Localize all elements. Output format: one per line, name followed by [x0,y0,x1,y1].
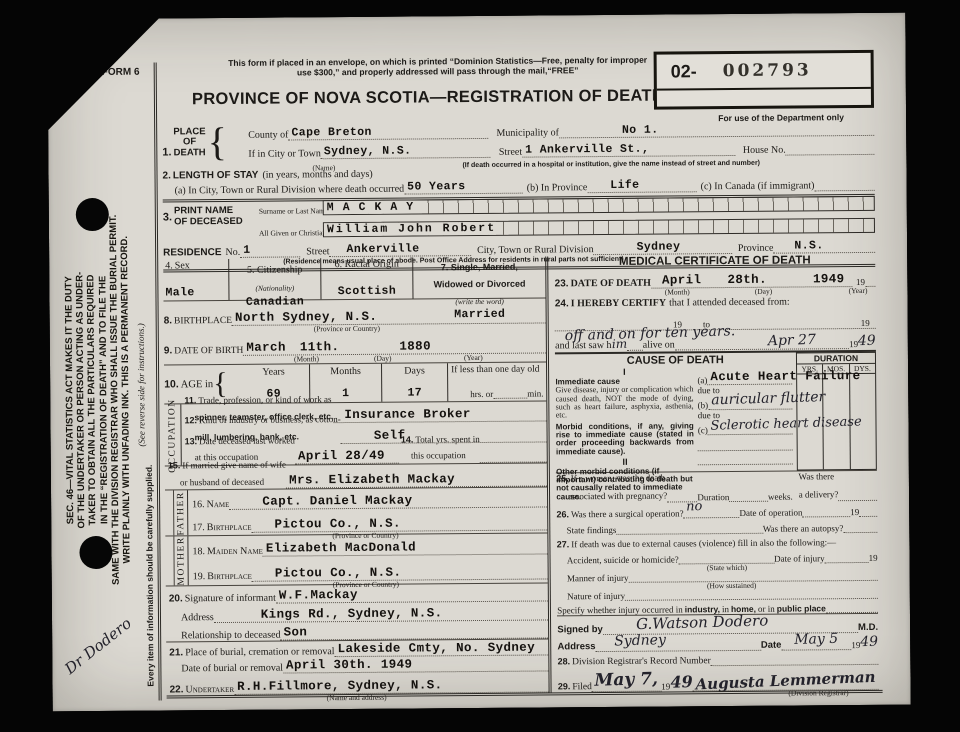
cod-a-value: Acute Heart Failure [710,369,860,384]
operation-19: 19 [850,507,859,517]
racial-label-row: 6. Racial Origin [335,259,399,271]
mother-maiden-value: Elizabeth MacDonald [266,541,416,556]
residence-city-value: Sydney [637,240,681,253]
residence-province-value: N.S. [794,239,823,252]
row-4-7: 4.Sex Male 5. Citizenship (Nationality) … [163,256,546,301]
delivery-labels: Was there a delivery? [798,466,838,501]
father-name-field: Capt. Daniel Mackay [229,493,547,510]
date-of-death-label: DATE OF DEATH [571,278,651,290]
name-block: 3. PRINT NAME OF DECEASED Surname or Las… [163,191,875,239]
side-supplied-note: Every item of information should be care… [142,247,155,687]
alive-date-hand: Apr 27 [767,331,815,348]
row-date-of-birth: 9.Date of Birth March 11th. 1880 (Month)… [164,329,546,357]
county-field: Cape Breton [288,125,488,141]
father-birthplace-label: Birthplace [207,522,252,533]
informant-address-value: Kings Rd., Sydney, N.S. [261,606,443,621]
industry-value: Self [374,428,406,442]
cell-marital: 7. Single, Married, Widowed or Divorced … [413,256,546,298]
street-field: 1 Ankerville St., [522,142,735,158]
right-column: MEDICAL CERTIFICATE OF DEATH 23.DATE OF … [545,254,878,693]
father-birthplace-field: Pictou Co., N.S. [251,515,547,532]
racial-origin-label: Racial Origin [345,259,399,270]
filed-19: 19 [661,682,670,692]
age-days-value: 17 [407,387,422,400]
surname-value: MACKAY [324,200,423,214]
row-17: 17.Birthplace Pictou Co., N.S. (Province… [192,512,547,533]
signed-address-field: Sydney [595,634,760,652]
mother-maiden-field: Elizabeth MacDonald [263,540,548,557]
row-22: 22.Undertaker R.H.Fillmore, Sydney, N.S.… [166,672,548,696]
stay-a-field: 50 Years [404,180,523,195]
item2-paren: (in years, months and days) [262,169,372,181]
nature-label: Nature of injury [567,591,625,601]
operation-date-label: Date of operation [740,508,803,518]
cod-c-label: (c) [698,426,708,436]
row-27: 27.If death was due to external causes (… [557,533,878,616]
city-field: Sydney, N.S. [321,144,491,159]
item18-number: 18. [192,546,205,557]
citizenship-label-row: 5. Citizenship [247,264,303,275]
dod-year-sub: (Year) [849,286,868,295]
item17-number: 17. [192,522,205,533]
father-items: 16.Name Capt. Daniel Mackay 17.Birthplac… [188,488,548,535]
age-hrs-field [493,398,527,399]
sex-label-row: 4.Sex [165,260,190,271]
cod-a-label: (a) [697,376,707,386]
mail-note: This form if placed in an envelope, on w… [198,54,678,78]
him-hand: im [611,336,627,350]
delivery-label2: a delivery? [799,489,839,499]
row-26: 26.Was there a surgical operation? no Da… [556,501,877,536]
duration-header: DURATION [797,353,875,365]
row-24: 24. I HEREBY CERTIFY that I attended dec… [555,295,876,352]
punch-hole-bottom [79,536,112,569]
city-label: If in City or Town [248,148,321,160]
item24-number: 24. [555,298,569,309]
item7-number: 7. [441,262,449,272]
item14-label2: this occupation [411,450,466,460]
item29-number: 29. [558,681,571,691]
county-value: Cape Breton [291,126,371,140]
filed-row-label: 29.Filed [558,681,592,692]
cod-other-line1 [698,435,793,452]
racial-origin-value: Scottish [338,285,397,298]
item20-number: 20. [169,594,183,605]
certify-19b: 19 [861,317,870,327]
alive-year-hand: 49 [858,332,876,349]
item22-number: 22. [170,684,184,695]
row-15: 15.If married give name of wife or husba… [165,464,547,491]
signed-date-value: May 5 [794,631,838,648]
how-sustained-sub: (How sustained) [707,581,756,590]
item15-l1-row: 15.If married give name of wife [168,459,286,470]
item16-number: 16. [192,500,205,511]
dob-day-value: 11th. [300,340,340,354]
dob-year-sub: (Year) [464,353,483,362]
item11-number: 11. [184,395,196,405]
death-year-value: 1949 [813,272,845,286]
citizenship-labels: 5. Citizenship (Nationality) [247,259,303,295]
cod-lines: (a) Acute Heart Failure due to (b) auric… [697,369,792,466]
father-side: FATHER [173,491,188,536]
row-21: 21.Place of burial, cremation or removal… [169,640,548,659]
cod-a-field: Acute Heart Failure [707,370,792,386]
marital-label1: Single, Married, [451,262,518,273]
age-months-value: 1 [342,387,349,400]
cod-other-line2 [698,451,793,466]
md-label: M.D. [858,622,878,633]
informant-address-row: Address Kings Rd., Sydney, N.S. [169,602,548,623]
document-page: SEC. 46—VITAL STATISTICS ACT MAKES IT TH… [47,13,910,712]
municipality-label: Municipality of [496,127,559,138]
item2-label: LENGTH OF STAY [173,170,259,182]
certify-period-row: off and on for ten years. 19 to 19 [555,306,876,331]
signed-date-field: May 5 [781,633,851,651]
dob-year-value: 1880 [399,340,431,354]
cell-racial-origin: 6. Racial Origin Scottish [321,258,413,300]
citizenship-sub: (Nationality) [256,283,295,292]
father-name-label: Name [207,499,230,510]
county-label: County of [248,129,288,140]
operation-hand-value: no [686,499,703,514]
surname-label: Surname or Last Name [259,207,319,216]
item3-number: 3. [163,211,172,223]
immediate-cause-note: Give disease, injury or complication whi… [555,385,693,420]
place-brace: { [208,126,227,158]
surname-row: Surname or Last Name MACKAY [259,191,875,216]
serial-prefix: 02- [671,61,697,82]
findings-label: State findings [567,525,617,535]
injury-19: 19 [869,553,878,563]
house-no-label: House No. [743,145,786,156]
serial-number: 002793 [723,60,812,81]
columns: 4.Sex Male 5. Citizenship (Nationality) … [163,254,878,696]
signed-address-row: Address Sydney Date May 5 19 49 [557,633,878,653]
item2-number: 2. [162,170,170,181]
autopsy-label: Was there an autopsy? [763,523,844,534]
sex-label: Sex [175,260,190,271]
certify-label-bold: I HEREBY CERTIFY [571,297,666,309]
dob-day-sub: (Day) [374,354,392,363]
stay-b-value: Life [610,179,639,192]
informant-label-row: 20.Signature of informant [169,593,276,605]
filed-date-field: May 7, [592,671,662,693]
item4-number: 4. [165,260,173,271]
dod-label-row: 23.DATE OF DEATH [555,278,651,290]
father-group: FATHER 16.Name Capt. Daniel Mackay 17.Bi… [165,488,548,537]
residence-street-label: Street [306,246,329,257]
alive-19: 19 [849,339,858,349]
age-label: AGE in [181,379,213,390]
section-place-of-death: 1. PLACE OF DEATH { County of Cape Breto… [162,119,874,161]
burial-date-label: Date of burial or removal [181,663,283,675]
last-worked-field: April 28/49 [295,449,399,465]
stay-b-field: Life [587,178,696,193]
relationship-value: Son [283,625,307,639]
date-of-death-field: April 28th. 1949 [651,272,852,289]
scanned-death-registration: { "g": { "brace": "{", "check": "✓", "y1… [0,0,960,732]
stay-b-label: (b) In Province [527,182,588,193]
age-hrs-row: hrs. or min. [451,389,543,400]
father-name-value: Capt. Daniel Mackay [262,494,412,509]
given-names-label: All Given or Christian Names [259,229,319,238]
mother-birthplace-label: Birthplace [207,571,252,582]
mother-side: MOTHER [173,536,188,585]
stay-a-value: 50 Years [407,180,466,193]
residence-city-label: City, Town or Rural Division [477,244,594,256]
occupation-side-label: OCCUPATION [167,398,178,472]
mother-group: MOTHER 18.Maiden Name Elizabeth MacDonal… [165,533,548,586]
last-saw-gap [627,349,643,350]
surname-boxes: MACKAY [323,196,875,215]
item28-number: 28. [558,657,571,667]
informant-relationship-row: Relationship to deceased Son [169,620,548,641]
item9-number: 9. [164,346,172,357]
relationship-label: Relationship to deceased [181,629,281,641]
item5-number: 5. [247,265,255,276]
residence-no-field: 1 [240,243,300,257]
cell-citizenship: 5. Citizenship (Nationality) Canadian [229,258,321,300]
mother-name-label-row: 18.Maiden Name [192,546,263,558]
operation-field: no [683,502,739,518]
dod-month-sub: (Month) [665,287,690,296]
row-birthplace: 8.Birthplace North Sydney, N.S. (Provinc… [164,298,546,326]
residence-province-label: Province [738,243,774,254]
street-label: Street [499,147,522,158]
sex-value: Male [165,286,194,299]
serial-box: 02- 002793 [654,50,874,110]
item1-number: 1. [162,146,171,158]
cod-line-a: (a) Acute Heart Failure [697,369,792,386]
signed-19: 19 [851,640,860,650]
marital-label2: Widowed or Divorced [434,278,526,289]
item15-label2: or husband of deceased [180,476,264,487]
dob-label-row: 9.Date of Birth [164,345,244,357]
page-title: PROVINCE OF NOVA SCOTIA—REGISTRATION OF … [192,87,664,109]
relationship-field: Son [280,623,548,640]
mother-bp-label-row: 19.Birthplace [193,571,252,582]
undertaker-value: R.H.Fillmore, Sydney, N.S. [237,678,443,694]
item3-label: PRINT NAME OF DECEASED [174,206,243,228]
mother-side-label: MOTHER [176,536,186,585]
operation-label: Was there a surgical operation? [571,509,684,520]
item8-number: 8. [164,315,172,326]
item13-label1: Date deceased last worked [199,435,295,446]
item21-number: 21. [169,647,183,658]
item15-labels: 15.If married give name of wife or husba… [165,455,286,490]
burial-group: 21.Place of burial, cremation or removal… [166,639,549,675]
residence-province-field: N.S. [773,239,875,254]
dob-month-sub: (Month) [294,355,319,364]
item27-number: 27. [557,540,570,550]
municipality-value: No 1. [622,124,659,137]
item12-number: 12. [184,415,197,425]
registrar-signature-field: Augusta Lemmerman [692,671,878,691]
street-value: 1 Ankerville St., [525,143,649,157]
certify-19a: 19 [673,319,682,329]
operation-19-field [859,516,877,517]
row-19: 19.Birthplace Pictou Co., N.S. (Province… [193,561,548,582]
birthplace-value: North Sydney, N.S. [235,309,377,324]
signed-by-label: Signed by [557,624,602,635]
undertaker-label-row: 22.Undertaker [170,684,235,696]
burial-place-field: Lakeside Cmty, No. Sydney [334,641,548,658]
age-less-cell: If less than one day old hrs. or min. [448,363,547,402]
manner-row: Manner of injury (How sustained) [557,563,878,584]
place-label: 1. PLACE OF DEATH { [162,126,227,159]
filed-label: Filed [572,682,592,692]
given-row: All Given or Christian Names William Joh… [259,213,875,238]
cod-b-label: (b) [698,401,709,411]
item26-number: 26. [556,510,569,520]
row-16: 16.Name Capt. Daniel Mackay [192,490,547,511]
informant-field: W.F.Mackay [276,587,548,604]
specify-public: public place [777,604,826,614]
serial-row: 02- 002793 [657,53,871,91]
cod-notes: I Immediate cause Give disease, injury o… [555,368,694,502]
cod-b-field: auricular flutter [708,393,792,411]
mother-birthplace-field: Pictou Co., N.S. [252,564,548,581]
occupation-field: Insurance Broker [333,407,546,424]
name-label-wrap: 3. PRINT NAME OF DECEASED [163,206,259,229]
other-conditions-note: Other morbid conditions (if important) c… [556,467,694,502]
item19-number: 19. [193,571,206,582]
informant-address-label: Address [181,612,214,623]
mother-birthplace-value: Pictou Co., N.S. [275,565,402,580]
cause-of-death-box: CAUSE OF DEATH I Immediate cause Give di… [555,350,877,474]
age-years-label: Years [262,367,284,378]
industry-field: Self [341,427,547,444]
physician-signature: G.Watson Dodero [635,612,768,634]
manner-label: Manner of injury [567,573,629,583]
cod-line-c: (c) Sclerotic heart disease [698,421,793,436]
residence-street-field: Ankerville [329,242,471,257]
row-18: 18.Maiden Name Elizabeth MacDonald [192,537,547,558]
dob-field: March 11th. 1880 [243,339,546,356]
cod-other-field2 [698,464,793,466]
stay-c-label: (c) In Canada (if immigrant) [701,180,815,192]
death-day-value: 28th. [727,273,767,287]
age-min-label: min. [527,389,543,399]
burial-place-value: Lakeside Cmty, No. Sydney [337,641,535,657]
age-hrs-label: hrs. or [470,389,493,399]
filed-date-hand: May 7, [595,669,659,691]
item13-number: 13. [185,436,198,446]
father-side-label: FATHER [176,491,186,535]
dob-month-value: March [246,341,286,355]
signed-date-label: Date [761,640,782,651]
age-months-label: Months [330,366,361,377]
dod-day-sub: (Day) [755,287,773,296]
item10-number: 10. [164,379,179,391]
certify-to: to [703,319,710,329]
given-names-value: William John Robert [324,222,496,236]
residence-no-label: No. [225,247,240,258]
operation-label-row: 26.Was there a surgical operation? [556,509,683,520]
alive-on-field: Apr 27 [675,332,849,350]
last-worked-value: April 28/49 [298,449,385,464]
birthplace-field: North Sydney, N.S. [232,308,546,325]
item11-l1-row: 11.Trade, profession, or kind of work as [184,394,331,405]
age-days-cell: Days 17 [382,364,448,402]
form-number: FORM 6 [102,67,140,78]
father-birthplace-value: Pictou Co., N.S. [274,516,401,531]
item12-l1-row: 12.Kind of industry or business, as cott… [184,414,340,425]
item13-l1-row: 13.Date deceased last worked [185,435,295,446]
informant-value: W.F.Mackay [279,588,358,603]
item1-label: PLACE OF DEATH [173,127,205,159]
municipality-field: No 1. [559,122,874,138]
cod-line-b: (b) auricular flutter [698,396,793,411]
weeks-label: weeks. [768,492,793,502]
item11-label1: Trade, profession, or kind of work as [198,394,331,405]
undertaker-label: Undertaker [185,684,234,695]
cause-of-death-title: CAUSE OF DEATH [595,354,755,367]
item15-label1: If married give name of wife [182,459,286,470]
residence-label: RESIDENCE [163,247,221,258]
birthplace-label-row: 8.Birthplace [164,314,232,327]
name-grid-wrap: Surname or Last Name MACKAY All Given or… [259,191,875,238]
punch-hole-top [76,198,109,231]
left-column: 4.Sex Male 5. Citizenship (Nationality) … [163,256,549,695]
informant-label: Signature of informant [185,593,276,605]
given-boxes: William John Robert [323,218,875,237]
informant-address-field: Kings Rd., Sydney, N.S. [214,605,549,623]
age-less-label: If less than one day old [451,365,543,376]
house-no-field [786,154,875,156]
signed-group: Signed by G.Watson Dodero M.D. Address S… [557,613,878,653]
item12-label1: Kind of industry or business, as cotton- [199,414,341,425]
injury-date-label: Date of injury [774,554,825,564]
cod-content: CAUSE OF DEATH I Immediate cause Give di… [555,353,797,473]
spouse-value: Mrs. Elizabeth Mackay [289,473,455,488]
row-23: 23.DATE OF DEATH April 28th. 1949 19 [555,268,876,289]
father-name-label-row: 16.Name [192,499,229,510]
marital-l1-row: 7. Single, Married, [441,262,518,273]
row-29: 29.Filed May 7, 19 49 Augusta Lemmerman … [558,665,879,692]
delivery-label1: Was there [798,471,834,481]
dob-label: Date of Birth [174,346,243,357]
burial-date-value: April 30th. 1949 [286,658,413,673]
informant-group: 20.Signature of informant W.F.Mackay Add… [166,584,549,642]
residence-street-value: Ankerville [346,242,419,256]
item23-number: 23. [555,278,569,289]
age-days-label: Days [404,366,425,377]
residence-city-field: Sydney [594,240,732,255]
death-month-value: April [662,273,702,287]
cell-sex: 4.Sex Male [163,259,229,301]
mother-maiden-label: Maiden Name [207,546,263,557]
morbid-note: Morbid conditions, if any, giving rise t… [556,422,694,457]
birthplace-label: Birthplace [174,316,232,326]
cod-c-field: Sclerotic heart disease [708,419,793,436]
occupation-value: Insurance Broker [344,408,471,423]
filed-year-hand: 49 [670,672,693,692]
father-bp-label-row: 17.Birthplace [192,522,251,533]
operation-row: 26.Was there a surgical operation? no Da… [556,501,877,520]
city-value: Sydney, N.S. [324,145,412,159]
signed-year-hand: 49 [860,634,878,651]
item6-number: 6. [335,259,343,270]
signed-address-label: Address [557,641,595,652]
spouse-field: Mrs. Elizabeth Mackay [286,472,547,489]
page-title-row: PROVINCE OF NOVA SCOTIA—REGISTRATION OF … [166,86,706,109]
residence-no-value: 1 [243,244,250,257]
mother-items: 18.Maiden Name Elizabeth MacDonald 19.Bi… [188,533,548,585]
signed-address-value: Sydney [614,632,666,649]
citizenship-label: Citizenship [257,264,303,275]
